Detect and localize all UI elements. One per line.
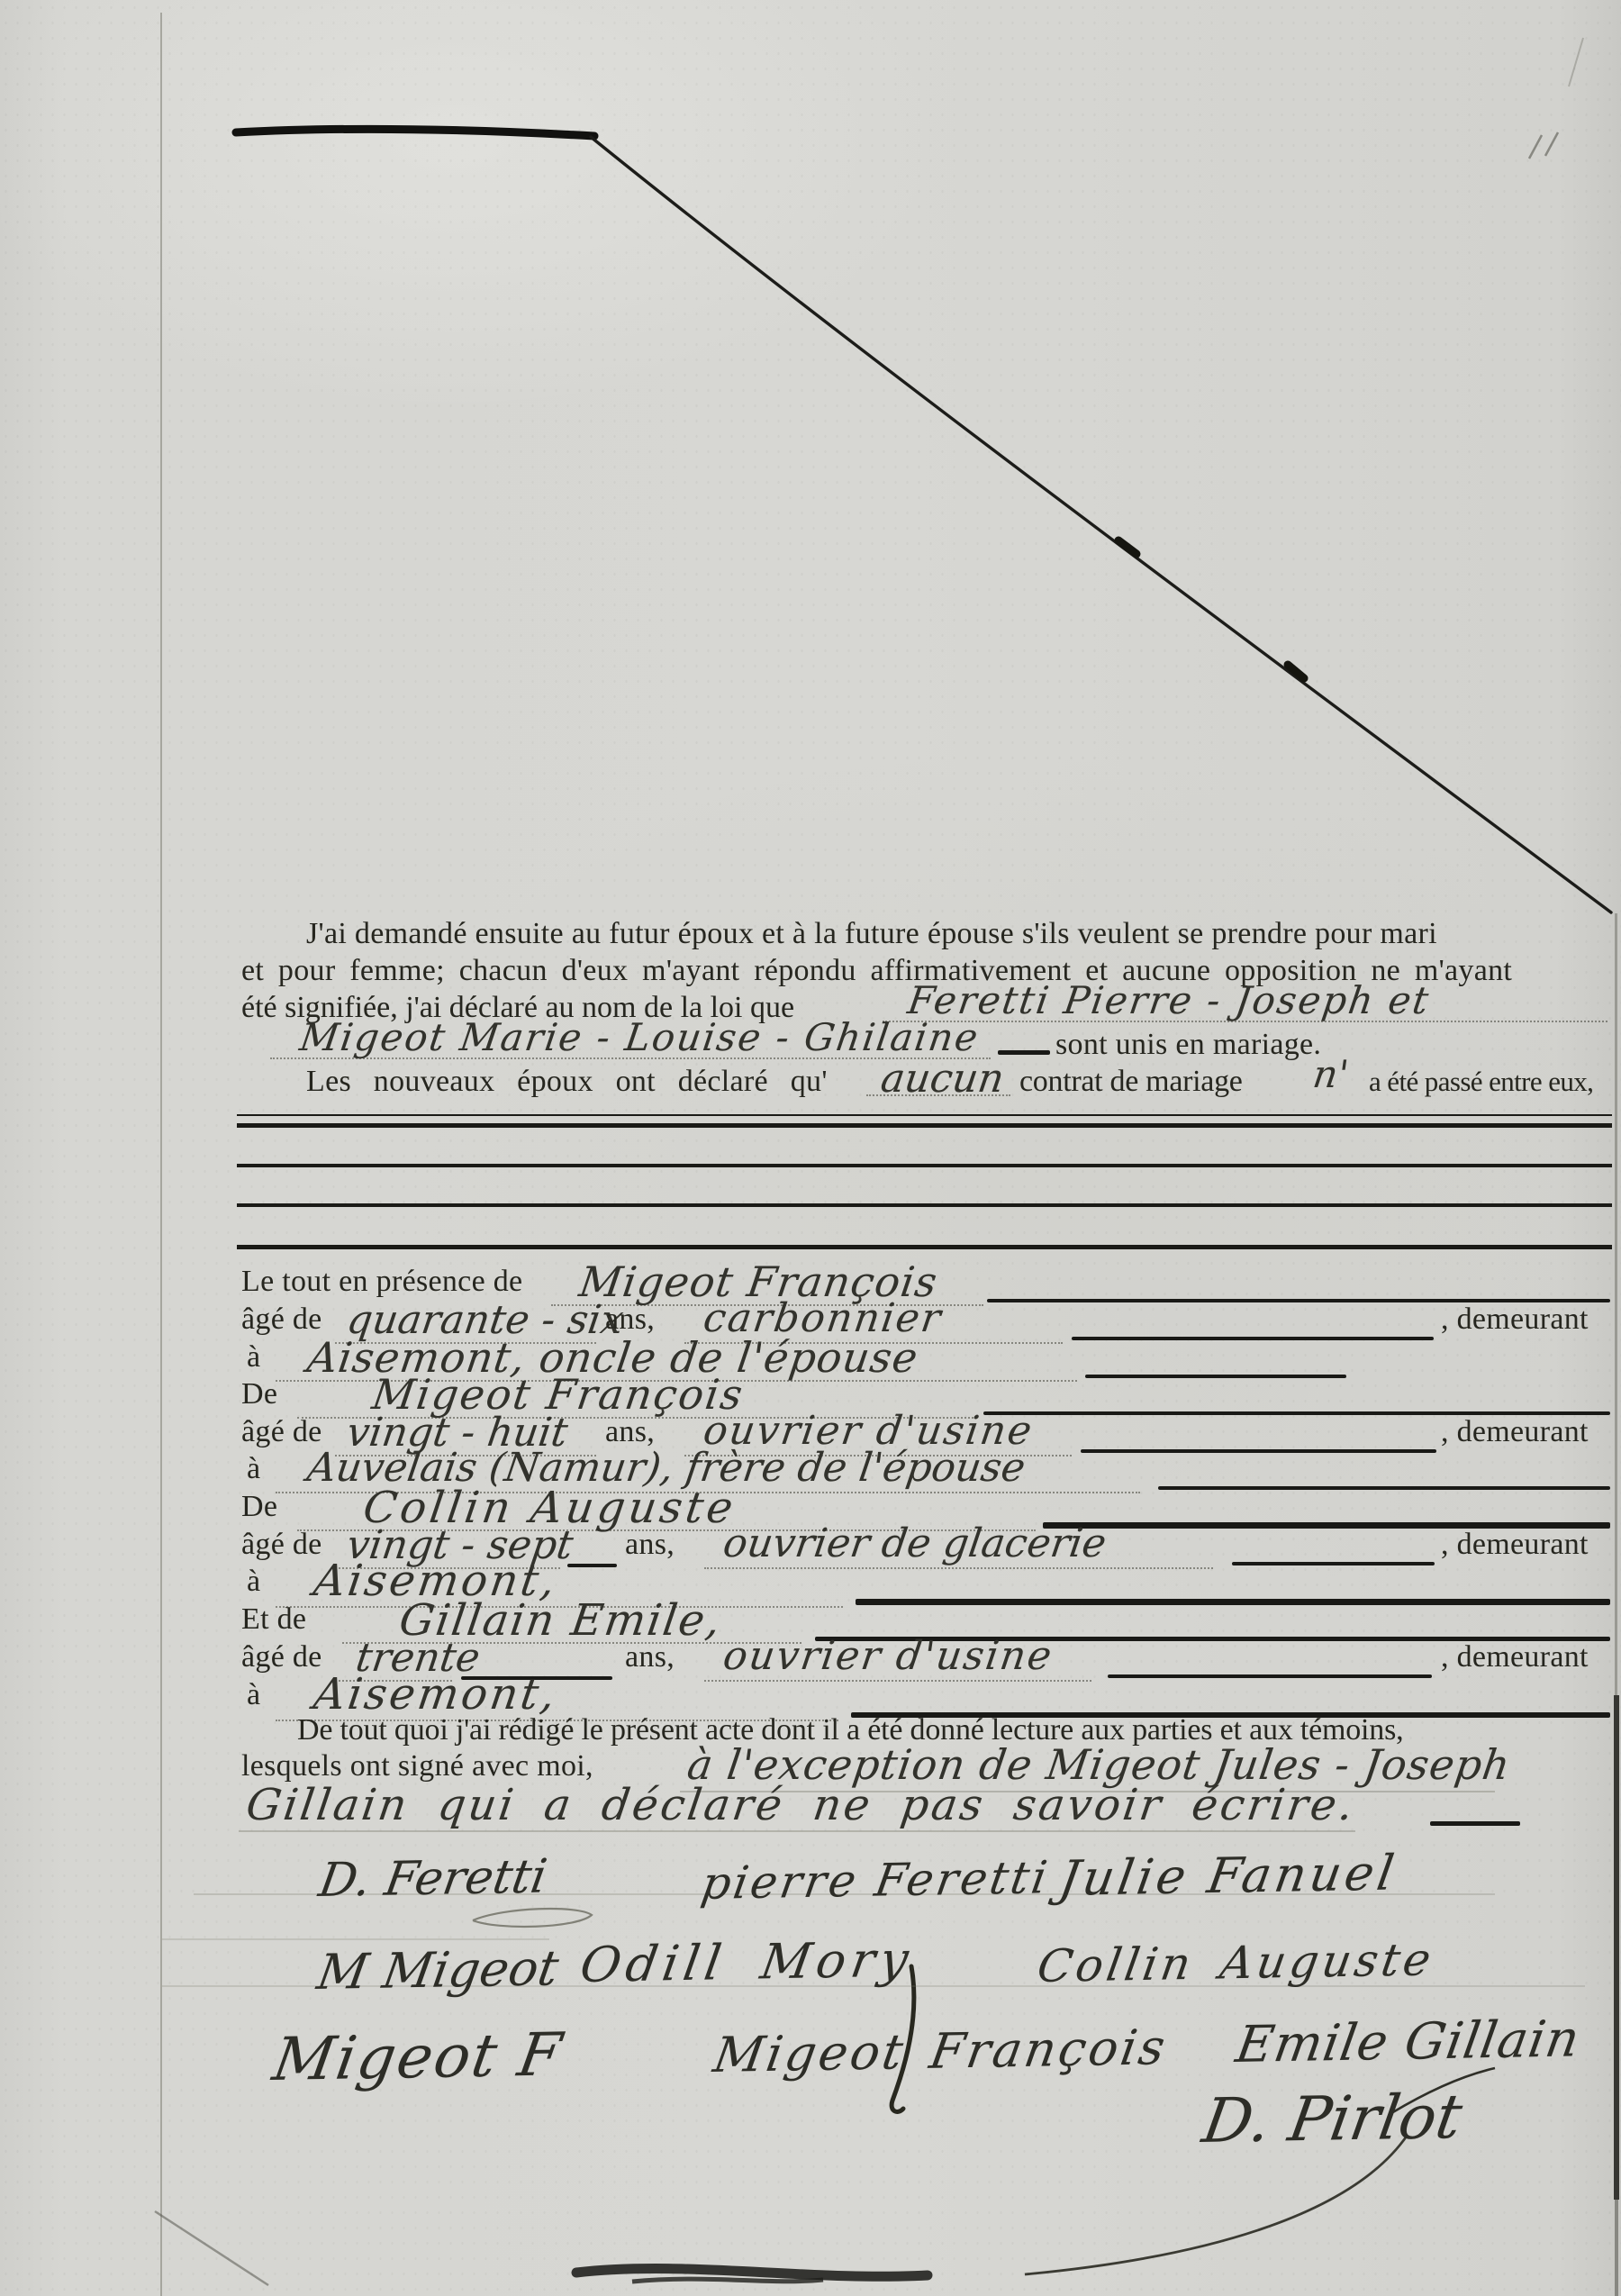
printed-demeurant-3: , demeurant: [1441, 1528, 1589, 1561]
printed-contrat-de-mariage: contrat de mariage: [1019, 1065, 1243, 1098]
printed-unis-en-mariage: sont unis en mariage.: [1055, 1028, 1321, 1061]
right-scan-edge-lower: [1615, 2200, 1618, 2296]
signature-pierre-feretti: pierre Feretti: [698, 1851, 1053, 1910]
printed-et-de-4: Et de: [241, 1602, 306, 1636]
signature-migeot-f: Migeot F: [268, 2019, 567, 2094]
signature-collin-auguste: Collin Auguste: [1034, 1933, 1438, 1992]
printed-line-demande: J'ai demandé ensuite au futur époux et à…: [306, 917, 1437, 950]
left-margin-line: [160, 13, 162, 2296]
printed-en-presence-de: Le tout en présence de: [241, 1265, 522, 1298]
ruled-line-4: [237, 1245, 1612, 1249]
faint-line-savoir-ecrire: [239, 1830, 1355, 1832]
dotted-leader-occupation-4: [704, 1680, 1091, 1682]
right-scan-edge-faint: [1615, 913, 1617, 1695]
fill-dash-age-3: [567, 1564, 617, 1567]
fill-line-residence-2: [1158, 1486, 1610, 1490]
fill-line-occupation-3: [1232, 1562, 1435, 1565]
handwritten-bride-name: Migeot Marie - Louise - Ghilaine: [297, 1015, 983, 1059]
dotted-leader-occupation-3: [704, 1567, 1213, 1569]
bottom-left-scratch: [155, 2211, 268, 2285]
fill-line-residence-3: [856, 1599, 1610, 1605]
printed-signe-avec-moi: lesquels ont signé avec moi,: [241, 1749, 593, 1783]
ditto-tick-2: [1545, 132, 1558, 156]
printed-a-1: à: [247, 1340, 260, 1374]
printed-age-de-2: âgé de: [241, 1415, 322, 1448]
printed-age-de-3: âgé de: [241, 1528, 322, 1561]
printed-a-3: à: [247, 1565, 260, 1598]
fill-line-occupation-1: [1072, 1337, 1434, 1340]
bottom-ink-smear-2: [632, 2279, 823, 2282]
ruled-line-1a: [237, 1114, 1612, 1116]
pencil-loop-under-signature: [473, 1909, 592, 1927]
printed-age-de-4: âgé de: [241, 1640, 322, 1674]
handwritten-occupation-4: ouvrier d'usine: [720, 1633, 1056, 1679]
handwritten-n-apostrophe: n': [1310, 1052, 1351, 1096]
printed-ans-4: ans,: [625, 1640, 675, 1674]
printed-de-2: De: [241, 1377, 277, 1411]
signature-emile-gillain: Emile Gillain: [1232, 2010, 1584, 2074]
ruled-line-1b: [237, 1123, 1612, 1128]
handwritten-occupation-3: ouvrier de glacerie: [720, 1520, 1109, 1566]
corner-scratch: [1569, 38, 1583, 86]
printed-age-de-1: âgé de: [241, 1302, 322, 1336]
handwritten-aucun: aucun: [878, 1056, 1007, 1102]
right-scan-edge-dark: [1614, 1695, 1619, 2200]
fill-dash-before-unis: [998, 1050, 1050, 1055]
ruled-line-3: [237, 1203, 1612, 1207]
diagonal-cancellation-line: [591, 137, 1611, 912]
fill-dash-after-ecrire: [1430, 1821, 1520, 1826]
printed-ans-1: ans,: [605, 1302, 655, 1336]
printed-de-3: De: [241, 1490, 277, 1523]
signature-odill-mory: Odill Mory: [576, 1931, 918, 1993]
printed-demeurant-4: , demeurant: [1441, 1640, 1589, 1674]
ditto-tick-1: [1529, 135, 1542, 159]
scanned-marriage-act-page: J'ai demandé ensuite au futur époux et à…: [0, 0, 1621, 2296]
diagonal-ink-blob-1: [1118, 540, 1137, 554]
printed-ans-3: ans,: [625, 1528, 675, 1561]
top-horizontal-stroke: [236, 129, 594, 136]
printed-demeurant-1: , demeurant: [1441, 1302, 1589, 1336]
handwritten-groom-name: Feretti Pierre - Joseph et: [905, 978, 1433, 1022]
printed-a-2: à: [247, 1452, 260, 1485]
handwritten-savoir-ecrire: Gillain qui a déclaré ne pas savoir écri…: [243, 1780, 1359, 1830]
fill-line-residence-1: [1085, 1375, 1346, 1378]
printed-ans-2: ans,: [605, 1415, 655, 1448]
pencil-guide-line-2: [162, 1938, 549, 1940]
fill-line-occupation-2: [1081, 1449, 1436, 1453]
printed-nouveaux-epoux: Les nouveaux époux ont déclaré qu': [306, 1065, 828, 1098]
fill-line-occupation-4: [1108, 1674, 1432, 1678]
handwritten-residence-4: Aisemont,: [311, 1669, 561, 1720]
signature-julie-fanuel: Julie Fanuel: [1055, 1845, 1401, 1907]
signature-m-migeot: M Migeot: [313, 1939, 563, 2001]
signature-migeot-francois: Migeot François: [710, 2019, 1172, 2083]
diagonal-ink-blob-2: [1288, 665, 1304, 678]
printed-a-4: à: [247, 1678, 260, 1711]
signature-d-pirlot: D. Pirlot: [1198, 2082, 1467, 2157]
signature-d-feretti: D. Feretti: [315, 1850, 550, 1908]
printed-demeurant-2: , demeurant: [1441, 1415, 1589, 1448]
ruled-line-2: [237, 1164, 1612, 1167]
bottom-ink-smear: [576, 2269, 928, 2277]
printed-passe-entre-eux: a été passé entre eux,: [1369, 1066, 1593, 1097]
